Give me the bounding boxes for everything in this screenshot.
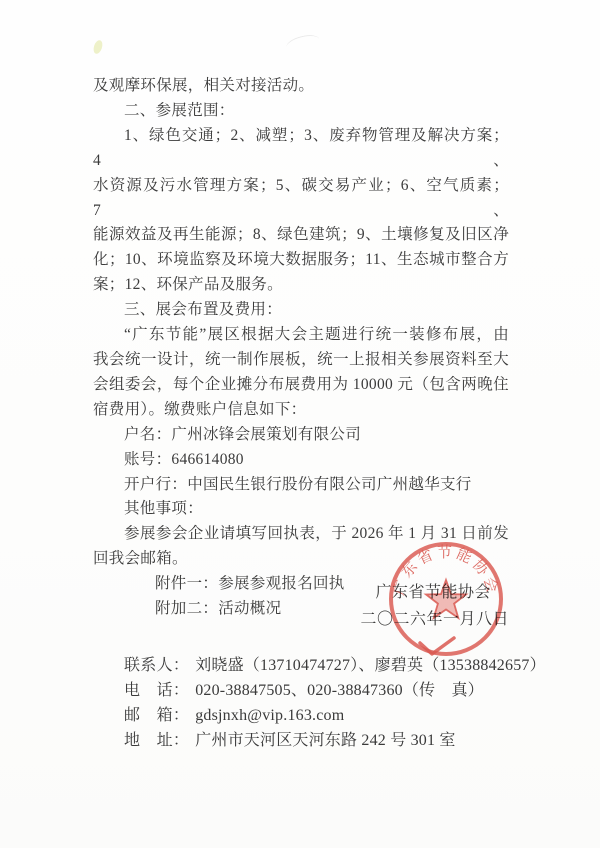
contact-row: 电 话：020-38847505、020-38847360（传 真） [124,678,524,703]
contact-label: 地 址： [124,732,189,749]
contact-value: 020-38847505、020-38847360（传 真） [195,682,484,699]
contact-value: gdsjnxh@vip.163.com [195,707,344,724]
text-line: 回我会邮箱。 [93,547,509,572]
text-line: 案；12、环保产品及服务。 [93,273,509,298]
text-line: 化；10、环境监察及环境大数据服务；11、生态城市整合方 [93,248,509,273]
text-line: 水资源及污水管理方案；5、碳交易产业；6、空气质素；7、 [93,174,509,224]
text-line: 会组委会，每个企业摊分布展费用为 10000 元（包含两晚住 [93,373,509,398]
contact-label: 电 话： [124,682,189,699]
contact-label: 联系人： [124,657,189,674]
contact-info: 联系人：刘晓盛（13710474727）、廖碧英（13538842657） 电 … [124,653,524,753]
text-line: 宿费用）。缴费账户信息如下： [93,398,509,423]
signature-date: 二〇二六年一月八日 [360,606,509,629]
text-line: 参展参会企业请填写回执表，于 2026 年 1 月 31 日前发 [93,522,509,547]
scan-artifact-highlighter-mark [92,39,104,55]
text-line: 1、绿色交通；2、减塑；3、废弃物管理及解决方案；4、 [93,124,509,174]
text-line: 及观摩环保展，相关对接活动。 [93,74,509,99]
scan-artifact-smudge [285,32,322,55]
contact-value: 刘晓盛（13710474727）、廖碧英（13538842657） [195,657,546,674]
text-line: 账号：646614080 [93,448,509,473]
text-line: 户名：广州冰锋会展策划有限公司 [93,423,509,448]
contact-value: 广州市天河区天河东路 242 号 301 室 [195,732,455,749]
text-line: 开户行：中国民生银行股份有限公司广州越华支行 [93,473,509,498]
text-line: 我会统一设计，统一制作展板，统一上报相关参展资料至大 [93,348,509,373]
text-line: 其他事项： [93,497,509,522]
text-line: “广东节能”展区根据大会主题进行统一装修布展，由 [93,323,509,348]
seal-check-mark-icon [420,638,454,654]
scanned-document-page: 及观摩环保展，相关对接活动。二、参展范围：1、绿色交通；2、减塑；3、废弃物管理… [0,0,600,848]
document-body: 及观摩环保展，相关对接活动。二、参展范围：1、绿色交通；2、减塑；3、废弃物管理… [93,74,509,622]
text-line: 二、参展范围： [93,99,509,124]
contact-row: 地 址：广州市天河区天河东路 242 号 301 室 [124,728,524,753]
signature-organization: 广东省节能协会 [375,579,491,602]
contact-label: 邮 箱： [124,707,189,724]
text-line: 三、展会布置及费用： [93,298,509,323]
contact-row: 邮 箱：gdsjnxh@vip.163.com [124,703,524,728]
contact-row: 联系人：刘晓盛（13710474727）、廖碧英（13538842657） [124,653,524,678]
text-line: 能源效益及再生能源；8、绿色建筑；9、土壤修复及旧区净 [93,223,509,248]
